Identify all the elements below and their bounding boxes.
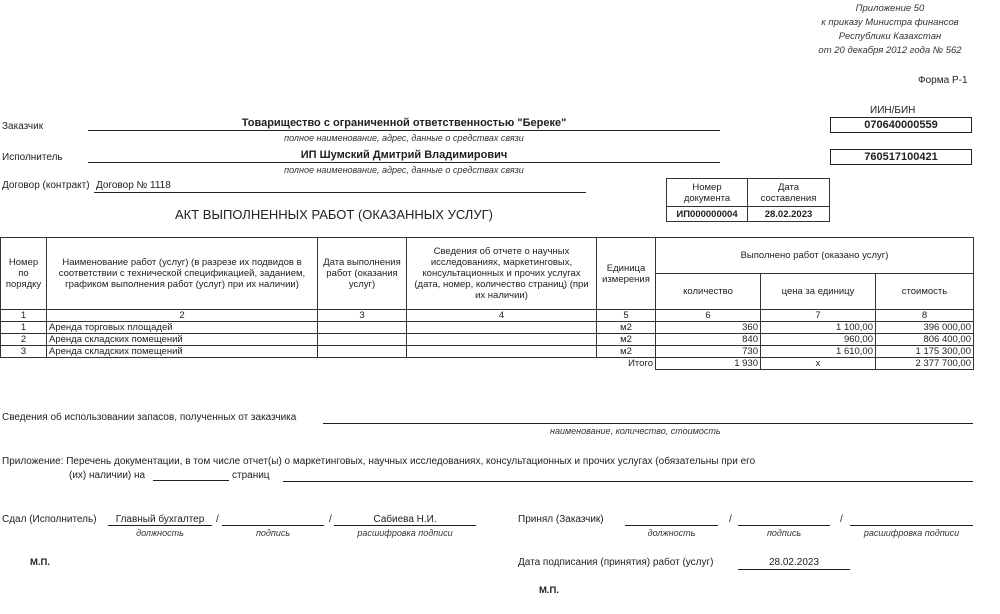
- row-num: 3: [1, 346, 47, 358]
- accepted-name-underline: [850, 525, 973, 526]
- accepted-signature-underline: [738, 525, 830, 526]
- handed-signature-underline: [222, 525, 324, 526]
- row-report: [407, 322, 597, 334]
- slash: /: [329, 514, 332, 525]
- header-price: цена за единицу: [761, 274, 876, 310]
- row-unit: м2: [597, 334, 656, 346]
- handed-name-underline: [334, 525, 476, 526]
- contractor-iin-box: 760517100421: [830, 149, 972, 165]
- contract-label: Договор (контракт): [2, 180, 90, 191]
- appendix-reference: Приложение 50 к приказу Министра финансо…: [780, 2, 1000, 58]
- col-number: 5: [597, 310, 656, 322]
- row-name: Аренда торговых площадей: [47, 322, 318, 334]
- row-name: Аренда складских помещений: [47, 334, 318, 346]
- col-number: 1: [1, 310, 47, 322]
- customer-name: Товарищество с ограниченной ответственно…: [88, 117, 720, 129]
- doc-number-header: Номер документа: [667, 179, 748, 207]
- customer-label: Заказчик: [2, 121, 43, 132]
- header-num: Номер по порядку: [1, 238, 47, 310]
- pages-underline: [153, 480, 229, 481]
- col-number: 6: [656, 310, 761, 322]
- row-name: Аренда складских помещений: [47, 346, 318, 358]
- accepted-label: Принял (Заказчик): [518, 514, 604, 525]
- row-cost: 396 000,00: [876, 322, 974, 334]
- accepted-position-underline: [625, 525, 718, 526]
- header-name: Наименование работ (услуг) (в разрезе их…: [47, 238, 318, 310]
- works-table: Номер по порядку Наименование работ (усл…: [0, 237, 974, 370]
- row-unit: м2: [597, 346, 656, 358]
- row-report: [407, 346, 597, 358]
- sign-date-label: Дата подписания (принятия) работ (услуг): [518, 557, 713, 568]
- hint-decode: расшифровка подписи: [850, 528, 973, 538]
- table-row: 2 Аренда складских помещений м2 840 960,…: [1, 334, 974, 346]
- contractor-label: Исполнитель: [2, 152, 63, 163]
- contractor-hint: полное наименование, адрес, данные о сре…: [88, 165, 720, 175]
- handed-position: Главный бухгалтер: [108, 514, 212, 525]
- row-price: 1 100,00: [761, 322, 876, 334]
- col-number: 2: [47, 310, 318, 322]
- contract-value: Договор № 1118: [96, 180, 171, 191]
- handed-label: Сдал (Исполнитель): [2, 514, 97, 525]
- contractor-name: ИП Шумский Дмитрий Владимирович: [88, 149, 720, 161]
- appendix-underline: [283, 481, 973, 482]
- total-price: х: [761, 358, 876, 370]
- row-num: 2: [1, 334, 47, 346]
- col-number: 4: [407, 310, 597, 322]
- row-date: [318, 322, 407, 334]
- appendix-line-2b: страниц: [232, 470, 270, 481]
- stock-hint: наименование, количество, стоимость: [550, 426, 721, 436]
- row-unit: м2: [597, 322, 656, 334]
- doc-date-header: Дата составления: [748, 179, 830, 207]
- row-date: [318, 346, 407, 358]
- table-row: 1 Аренда торговых площадей м2 360 1 100,…: [1, 322, 974, 334]
- appendix-line-1: Приложение: Перечень документации, в том…: [2, 456, 755, 467]
- col-number: 8: [876, 310, 974, 322]
- handed-position-underline: [108, 525, 212, 526]
- iin-label: ИИН/БИН: [870, 105, 915, 116]
- table-row: 3 Аренда складских помещений м2 730 1 61…: [1, 346, 974, 358]
- customer-underline: [88, 130, 720, 131]
- handed-name: Сабиева Н.И.: [334, 514, 476, 525]
- doc-date: 28.02.2023: [748, 207, 830, 222]
- contract-underline: [94, 192, 586, 193]
- col-number: 7: [761, 310, 876, 322]
- form-label: Форма Р-1: [918, 75, 968, 86]
- stock-underline: [323, 423, 973, 424]
- total-cost: 2 377 700,00: [876, 358, 974, 370]
- sign-date: 28.02.2023: [738, 557, 850, 568]
- customer-iin-box: 070640000559: [830, 117, 972, 133]
- contractor-underline: [88, 162, 720, 163]
- document-info-table: Номер документа Дата составления ИП00000…: [666, 178, 830, 222]
- appendix-line-2a: (их) наличии) на: [69, 470, 145, 481]
- total-row: Итого 1 930 х 2 377 700,00: [1, 358, 974, 370]
- stamp-left: М.П.: [30, 557, 50, 568]
- appendix-line: Республики Казахстан: [780, 30, 1000, 44]
- total-label: Итого: [597, 358, 656, 370]
- customer-hint: полное наименование, адрес, данные о сре…: [88, 133, 720, 143]
- slash: /: [216, 514, 219, 525]
- header-date: Дата выполнения работ (оказания услуг): [318, 238, 407, 310]
- row-cost: 806 400,00: [876, 334, 974, 346]
- slash: /: [840, 514, 843, 525]
- appendix-line: к приказу Министра финансов: [780, 16, 1000, 30]
- appendix-line: от 20 декабря 2012 года № 562: [780, 44, 1000, 58]
- hint-signature: подпись: [738, 528, 830, 538]
- hint-position: должность: [108, 528, 212, 538]
- appendix-line: Приложение 50: [780, 2, 1000, 16]
- hint-position: должность: [625, 528, 718, 538]
- header-report: Сведения об отчете о научных исследовани…: [407, 238, 597, 310]
- sign-date-underline: [738, 569, 850, 570]
- column-numbers-row: 1 2 3 4 5 6 7 8: [1, 310, 974, 322]
- header-qty: количество: [656, 274, 761, 310]
- row-price: 960,00: [761, 334, 876, 346]
- row-qty: 840: [656, 334, 761, 346]
- hint-signature: подпись: [222, 528, 324, 538]
- row-num: 1: [1, 322, 47, 334]
- row-qty: 360: [656, 322, 761, 334]
- col-number: 3: [318, 310, 407, 322]
- stamp-right: М.П.: [539, 585, 559, 596]
- doc-number: ИП000000004: [667, 207, 748, 222]
- hint-decode: расшифровка подписи: [334, 528, 476, 538]
- document-title: АКТ ВЫПОЛНЕННЫХ РАБОТ (ОКАЗАННЫХ УСЛУГ): [175, 207, 493, 222]
- row-cost: 1 175 300,00: [876, 346, 974, 358]
- header-unit: Единица измерения: [597, 238, 656, 310]
- row-price: 1 610,00: [761, 346, 876, 358]
- total-qty: 1 930: [656, 358, 761, 370]
- stock-label: Сведения об использовании запасов, получ…: [2, 412, 296, 423]
- header-done: Выполнено работ (оказано услуг): [656, 238, 974, 274]
- header-cost: стоимость: [876, 274, 974, 310]
- slash: /: [729, 514, 732, 525]
- row-qty: 730: [656, 346, 761, 358]
- row-report: [407, 334, 597, 346]
- row-date: [318, 334, 407, 346]
